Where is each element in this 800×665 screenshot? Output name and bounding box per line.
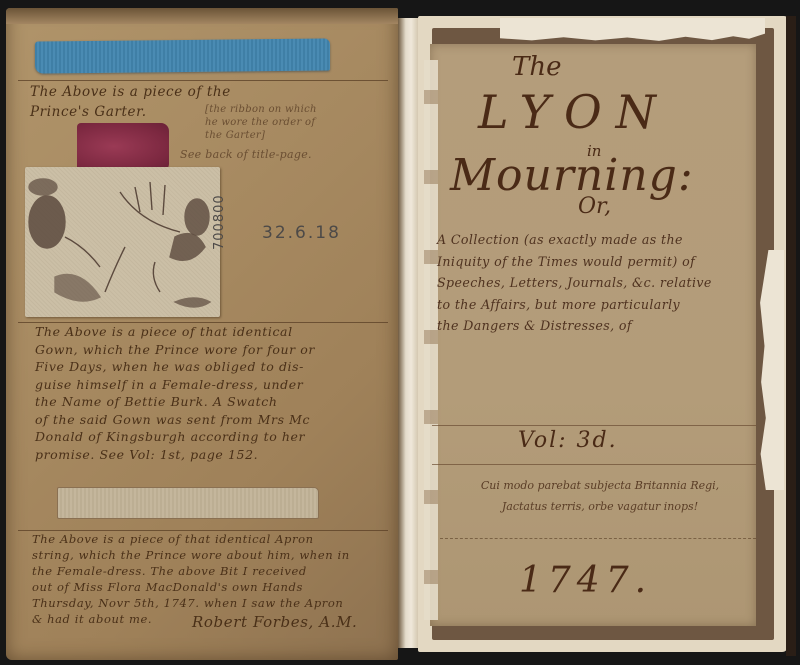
left-page-top-edge <box>6 8 398 24</box>
rule-line <box>432 425 756 426</box>
catalogue-pencil-number: 32.6.18 <box>262 223 341 243</box>
rule-line <box>18 80 388 81</box>
title-lyon: LYON <box>478 85 670 139</box>
white-apron-string-swatch <box>57 487 319 519</box>
see-back-reference: See back of title-page. <box>180 148 312 161</box>
floral-pattern-icon <box>25 167 220 317</box>
blue-garter-ribbon-swatch <box>35 38 330 73</box>
volume-number: Vol: 3d. <box>518 428 618 453</box>
title-subtitle: A Collection (as exactly made as the Ini… <box>437 229 777 337</box>
rule-line <box>432 464 756 465</box>
signature: Robert Forbes, A.M. <box>192 614 357 632</box>
title-the: The <box>512 52 561 82</box>
vertical-pencil-number: 700800 <box>212 194 227 250</box>
right-cover-edge <box>786 16 796 656</box>
floral-gown-fabric-swatch <box>25 167 220 317</box>
torn-left-edge <box>424 60 438 620</box>
gown-note: The Above is a piece of that identical G… <box>35 323 395 463</box>
title-or: Or, <box>578 194 611 219</box>
title-mourning: Mourning: <box>450 150 694 201</box>
open-book-spread: The Above is a piece of the Prince's Gar… <box>0 0 800 665</box>
publication-year: 1747. <box>519 560 652 601</box>
crimson-ribbon-swatch <box>77 123 169 170</box>
garter-annotation: [the ribbon on which he wore the order o… <box>205 103 385 142</box>
dashed-rule <box>440 538 756 539</box>
latin-motto: Cui modo parebat subjecta Britannia Regi… <box>440 475 760 517</box>
book-spine-gutter <box>398 18 420 648</box>
